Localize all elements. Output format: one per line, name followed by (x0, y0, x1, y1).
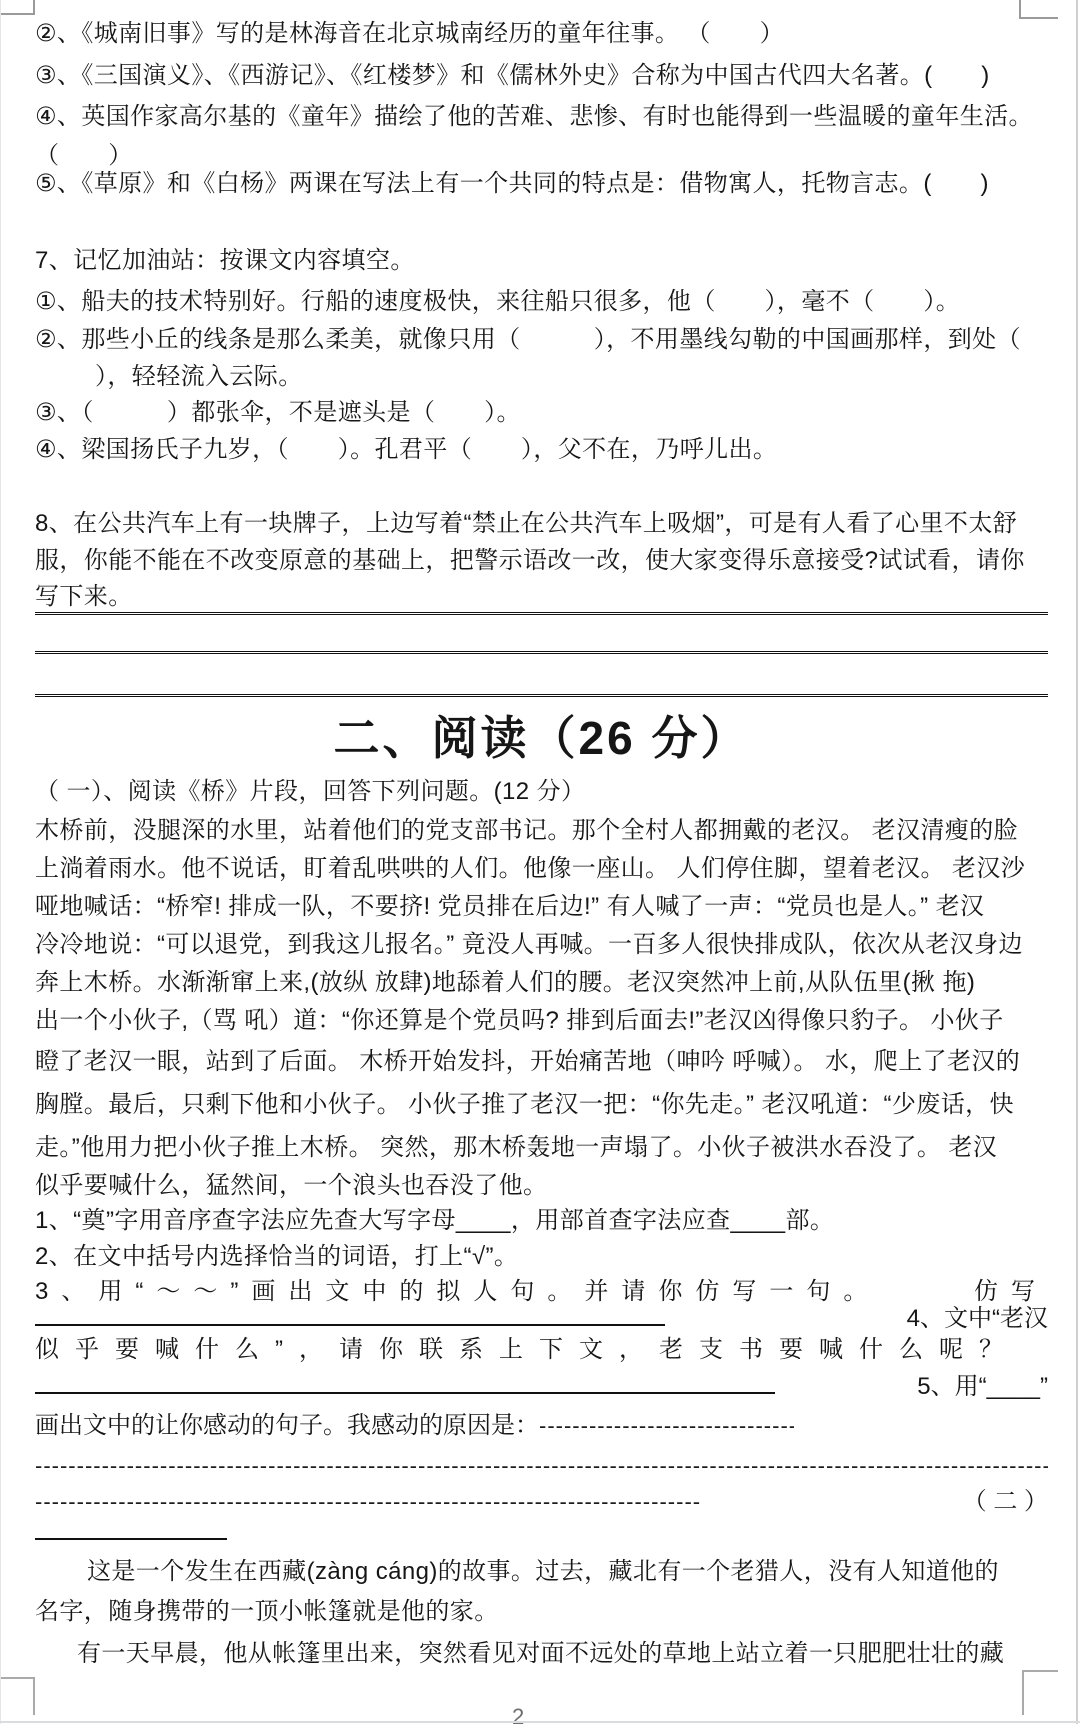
q8-line1: 8、在公共汽车上有一块牌子，上边写着“禁止在公共汽车上吸烟”，可是有人看了心里不… (35, 508, 1048, 539)
reading-q2: 2、在文中括号内选择恰当的词语，打上“√”。 (35, 1241, 1048, 1272)
answer-underline-q4 (35, 1366, 775, 1394)
dashed-answer-row-part2: ----------------------------------------… (35, 1486, 1048, 1518)
passage-line-4: 冷冷地说：“可以退党，到我这儿报名。” 竟没人再喊。一百多人很快排成队，依次从老… (35, 929, 1048, 960)
passage-line-10: 似乎要喊什么，猛然间，一个浪头也吞没了他。 (35, 1170, 1048, 1201)
answer-underline-short (35, 1538, 227, 1540)
passage-line-7: 瞪了老汉一眼，站到了后面。 木桥开始发抖，开始痛苦地（呻吟 呼喊）。 水，爬上了… (35, 1046, 1048, 1077)
q8-line2: 服，你能不能在不改变原意的基础上，把警示语改一改，使大家变得乐意接受?试试看，请… (35, 545, 1048, 576)
crop-mark-bottom-left (0, 1677, 35, 1715)
tf-item-2: ②、《城南旧事》写的是林海音在北京城南经历的童年往事。 （ ） (35, 18, 1048, 49)
answer-line-3 (35, 694, 1048, 697)
passage2-line-3: 有一天早晨，他从帐篷里出来，突然看见对面不远处的草地上站立着一只肥肥壮壮的藏 (35, 1638, 1048, 1669)
q7-item-3: ③、（ ）都张伞，不是遮头是（ ）。 (35, 397, 1048, 428)
q7-item-4: ④、梁国扬氏子九岁，（ ）。孔君平（ ），父不在，乃呼儿出。 (35, 434, 1048, 465)
answer-underline-q3 (35, 1298, 665, 1326)
passage-line-2: 上淌着雨水。他不说话，盯着乱哄哄的人们。他像一座山。 人们停住脚，望着老汉。 老… (35, 853, 1048, 884)
q8-line3: 写下来。 (35, 581, 1048, 612)
crop-mark-top-right (1019, 0, 1058, 19)
passage-line-9: 走。”他用力把小伙子推上木桥。 突然，那木桥轰地一声塌了。小伙子被洪水吞没了。 … (35, 1132, 1048, 1163)
passage-line-6: 出一个小伙子,（骂 吼）道：“你还算是个党员吗? 排到后面去!”老汉凶得像只豹子… (35, 1005, 1048, 1036)
crop-mark-top-left (0, 0, 35, 15)
page-edge-right (1076, 0, 1078, 1724)
passage-line-5: 奔上木桥。水渐渐窜上来,(放纵 放肆)地舔着人们的腰。老汉突然冲上前,从队伍里(… (35, 967, 1048, 998)
reading-q4-label: 4、文中“老汉 (907, 1298, 1048, 1333)
dashed-answer-line-3: ----------------------------------------… (35, 1486, 700, 1517)
reading-q5-text: 画出文中的让你感动的句子。我感动的原因是： (35, 1410, 539, 1441)
page-edge-left (0, 0, 1, 1724)
passage2-line-2: 名字，随身携带的一顶小帐篷就是他的家。 (35, 1596, 1048, 1627)
q7-title: 7、记忆加油站：按课文内容填空。 (35, 245, 1048, 276)
dashed-answer-line-1: ----------------------------------------… (539, 1410, 794, 1441)
dashed-answer-row-full: ----------------------------------------… (35, 1450, 1048, 1482)
reading-q4-answer-row: 5、用“____” (35, 1366, 1048, 1394)
tf-item-5: ⑤、《草原》和《白杨》两课在写法上有一个共同的特点是：借物寓人，托物言志。( ) (35, 168, 1048, 199)
reading-q5-line: 画出文中的让你感动的句子。我感动的原因是： ------------------… (35, 1410, 1048, 1442)
exam-page: ②、《城南旧事》写的是林海音在北京城南经历的童年往事。 （ ） ③、《三国演义》… (0, 0, 1080, 1724)
q7-item-1: ①、船夫的技术特别好。行船的速度极快，来往船只很多，他（ ），毫不（ ）。 (35, 286, 1048, 317)
reading-1-subtitle: （ 一）、阅读《桥》片段，回答下列问题。(12 分） (35, 776, 1048, 807)
reading-2-label: （ 二 ） (963, 1486, 1048, 1517)
section-heading: 二、阅读（26 分） (35, 713, 1048, 763)
passage-line-1: 木桥前，没腿深的水里，站着他们的党支部书记。那个全村人都拥戴的老汉。 老汉清瘦的… (35, 815, 1048, 846)
reading-q3-answer-row: 4、文中“老汉 (35, 1298, 1048, 1326)
crop-mark-bottom-right (1022, 1670, 1058, 1715)
q7-item-2-line1: ②、那些小丘的线条是那么柔美，就像只用（ ），不用墨线勾勒的中国画那样，到处（ (35, 324, 1048, 355)
tf-item-4-line1: ④、英国作家高尔基的《童年》描绘了他的苦难、悲惨、有时也能得到一些温暖的童年生活… (35, 101, 1048, 132)
reading-q5-label: 5、用“____” (917, 1366, 1048, 1401)
tf-item-4-line2: （ ） (35, 140, 1048, 171)
page-edge-bottom (0, 1721, 1080, 1723)
reading-q1: 1、“奠”字用音序查字法应先查大写字母____，用部首查字法应查____部。 (35, 1205, 1048, 1236)
answer-line-1 (35, 612, 1048, 615)
dashed-answer-line-2: ----------------------------------------… (35, 1450, 1048, 1481)
q7-item-2-line2: ），轻轻流入云际。 (95, 361, 1048, 392)
answer-line-2 (35, 651, 1048, 654)
reading-q4-line: 似乎要喊什么”，请你联系上下文，老支书要喊什么呢？ (35, 1334, 1048, 1365)
tf-item-3: ③、《三国演义》、《西游记》、《红楼梦》和《儒林外史》合称为中国古代四大名著。(… (35, 60, 1048, 91)
passage-line-8: 胸膛。最后，只剩下他和小伙子。 小伙子推了老汉一把：“你先走。” 老汉吼道：“少… (35, 1089, 1048, 1120)
passage-line-3: 哑地喊话：“桥窄! 排成一队，不要挤! 党员排在后边!” 有人喊了一声：“党员也… (35, 891, 1048, 922)
passage2-line-1: 这是一个发生在西藏(zàng cáng)的故事。过去，藏北有一个老猎人，没有人知… (35, 1556, 1048, 1587)
